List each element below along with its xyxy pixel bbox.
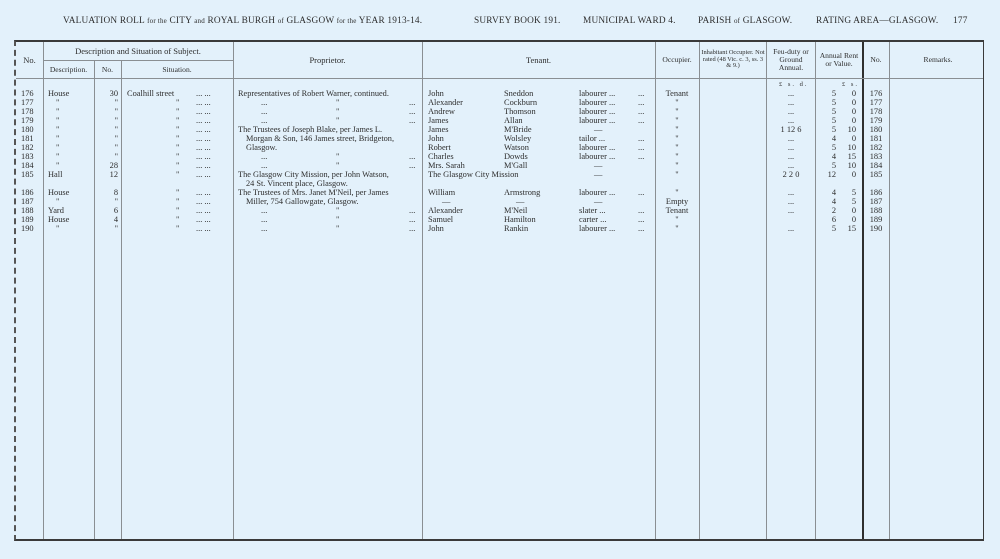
cell-number: 30 xyxy=(94,89,118,98)
cell-situation-dots: ... ... xyxy=(196,116,211,125)
cell-number: " xyxy=(94,134,118,143)
cell-situation-dots: ... ... xyxy=(196,143,211,152)
cell-rent-shillings: 0 xyxy=(838,98,856,107)
cell-situation: " xyxy=(176,188,179,197)
cell-situation-dots: ... ... xyxy=(196,170,211,179)
cell-occupier: Tenant xyxy=(655,89,699,98)
cell-proprietor-ditto-left: ... xyxy=(261,152,267,161)
cell-tenant-first: John xyxy=(428,89,444,98)
header-occupier: Occupier. xyxy=(655,42,699,78)
cell-situation: " xyxy=(176,116,179,125)
cell-rent-pounds: 5 xyxy=(816,107,836,116)
cell-occupier: Empty xyxy=(655,197,699,206)
cell-occupier: " xyxy=(655,170,699,179)
cell-tenant-dots: ... xyxy=(638,134,644,143)
table-row: 176 House 30 Coalhill street ... ... Joh… xyxy=(16,89,983,98)
cell-number: 28 xyxy=(94,161,118,170)
cell-description: " xyxy=(56,116,59,125)
cell-no: 190 xyxy=(21,224,34,233)
cell-situation-dots: ... ... xyxy=(196,107,211,116)
cell-tenant-occupation: carter ... xyxy=(579,215,606,224)
rent-units: £ s. xyxy=(842,81,859,88)
cell-occupier: " xyxy=(655,134,699,143)
cell-number: " xyxy=(94,152,118,161)
cell-description: " xyxy=(56,143,59,152)
cell-description: House xyxy=(48,215,69,224)
cell-situation: " xyxy=(176,125,179,134)
cell-number: " xyxy=(94,143,118,152)
table-row: 179 " " " ... ... ... " ... James Allan … xyxy=(16,116,983,125)
cell-proprietor-ditto-right: ... xyxy=(409,98,415,107)
cell-description: House xyxy=(48,188,69,197)
cell-tenant-first: Andrew xyxy=(428,107,455,116)
cell-situation: " xyxy=(176,107,179,116)
cell-no-right: 188 xyxy=(863,206,889,215)
cell-feu-duty: 1 12 6 xyxy=(767,125,815,134)
cell-tenant-dots: ... xyxy=(638,98,644,107)
parish: PARISH of GLASGOW. xyxy=(698,16,792,26)
cell-tenant-occupation: labourer ... xyxy=(579,89,615,98)
header-no: No. xyxy=(16,42,43,78)
cell-tenant-last: M'Neil xyxy=(504,206,527,215)
table-row: 180 " " " ... ... James M'Bride — " 1 12… xyxy=(16,125,983,134)
cell-occupier: " xyxy=(655,125,699,134)
cell-tenant-last: — xyxy=(516,197,524,206)
table-row: 181 " " " ... ... John Wolsley tailor ..… xyxy=(16,134,983,143)
cell-tenant-dots: ... xyxy=(638,143,644,152)
header-proprietor: Proprietor. xyxy=(233,42,422,78)
cell-rent-pounds: 5 xyxy=(816,161,836,170)
cell-number: " xyxy=(94,98,118,107)
table-row: 184 " 28 " ... ... ... " ... Mrs. Sarah … xyxy=(16,161,983,170)
cell-proprietor-ditto-left: ... xyxy=(261,224,267,233)
cell-feu-duty: ... xyxy=(767,134,815,143)
cell-tenant-first: The Glasgow City Mission xyxy=(428,170,519,179)
cell-proprietor-ditto: " xyxy=(336,116,339,125)
cell-tenant-last: Wolsley xyxy=(504,134,531,143)
cell-situation: " xyxy=(176,224,179,233)
cell-situation: " xyxy=(176,197,179,206)
cell-description: House xyxy=(48,89,69,98)
cell-rent-pounds: 6 xyxy=(816,215,836,224)
cell-proprietor-ditto-left: ... xyxy=(261,98,267,107)
cell-tenant-occupation: labourer ... xyxy=(579,98,615,107)
cell-occupier: " xyxy=(655,215,699,224)
table-row: 178 " " " ... ... ... " ... Andrew Thoms… xyxy=(16,107,983,116)
cell-number: 12 xyxy=(94,170,118,179)
cell-tenant-occupation: — xyxy=(594,161,602,170)
cell-situation: " xyxy=(176,98,179,107)
cell-number: 6 xyxy=(94,206,118,215)
title-part: and xyxy=(194,17,205,25)
cell-occupier: " xyxy=(655,224,699,233)
cell-tenant-dots: ... xyxy=(638,89,644,98)
cell-situation: " xyxy=(176,134,179,143)
title-part: YEAR 1913-14. xyxy=(359,16,423,26)
survey-book: SURVEY BOOK 191. xyxy=(474,16,561,26)
cell-feu-duty: ... xyxy=(767,89,815,98)
title-part: for the xyxy=(337,17,357,25)
cell-proprietor-ditto-right: ... xyxy=(409,107,415,116)
cell-no-right: 180 xyxy=(863,125,889,134)
cell-description: " xyxy=(56,197,59,206)
cell-tenant-occupation: — xyxy=(594,197,602,206)
cell-no: 180 xyxy=(21,125,34,134)
cell-situation: " xyxy=(176,161,179,170)
cell-situation-dots: ... ... xyxy=(196,161,211,170)
cell-situation: " xyxy=(176,215,179,224)
table-row: 186 House 8 " ... ... William Armstrong … xyxy=(16,188,983,197)
cell-tenant-occupation: labourer ... xyxy=(579,107,615,116)
header-tenant: Tenant. xyxy=(422,42,655,78)
cell-occupier: " xyxy=(655,161,699,170)
cell-rent-shillings: 0 xyxy=(838,206,856,215)
cell-rent-pounds: 4 xyxy=(816,188,836,197)
cell-no-right: 177 xyxy=(863,98,889,107)
cell-situation-dots: ... ... xyxy=(196,188,211,197)
cell-rent-pounds: 2 xyxy=(816,206,836,215)
cell-tenant-dots: ... xyxy=(638,116,644,125)
cell-no: 183 xyxy=(21,152,34,161)
cell-tenant-first: Samuel xyxy=(428,215,453,224)
header-description: Description. xyxy=(43,61,94,78)
cell-no-right: 184 xyxy=(863,161,889,170)
cell-situation: " xyxy=(176,206,179,215)
municipal-ward: MUNICIPAL WARD 4. xyxy=(583,16,676,26)
cell-occupier: " xyxy=(655,107,699,116)
cell-rent-pounds: 12 xyxy=(816,170,836,179)
cell-number: " xyxy=(94,107,118,116)
cell-rent-shillings: 10 xyxy=(838,125,856,134)
cell-situation: " xyxy=(176,170,179,179)
cell-tenant-last: Hamilton xyxy=(504,215,536,224)
cell-situation-dots: ... ... xyxy=(196,98,211,107)
cell-rent-shillings: 0 xyxy=(838,107,856,116)
title-part: of xyxy=(278,17,284,25)
cell-rent-shillings: 0 xyxy=(838,215,856,224)
cell-feu-duty: ... xyxy=(767,152,815,161)
title-part: CITY xyxy=(170,16,192,26)
cell-rent-shillings: 0 xyxy=(838,116,856,125)
cell-rent-shillings: 5 xyxy=(838,188,856,197)
cell-no-right: 179 xyxy=(863,116,889,125)
cell-no-right: 181 xyxy=(863,134,889,143)
cell-no: 186 xyxy=(21,188,34,197)
cell-rent-pounds: 4 xyxy=(816,197,836,206)
cell-feu-duty: ... xyxy=(767,206,815,215)
cell-proprietor-ditto: " xyxy=(336,98,339,107)
cell-number: 8 xyxy=(94,188,118,197)
cell-tenant-first: Alexander xyxy=(428,206,463,215)
cell-situation-dots: ... ... xyxy=(196,125,211,134)
cell-tenant-dots: ... xyxy=(638,215,644,224)
cell-rent-shillings: 10 xyxy=(838,161,856,170)
cell-proprietor-ditto: " xyxy=(336,152,339,161)
cell-tenant-first: Charles xyxy=(428,152,454,161)
cell-occupier: " xyxy=(655,116,699,125)
cell-rent-pounds: 5 xyxy=(816,89,836,98)
cell-description: " xyxy=(56,152,59,161)
cell-situation-dots: ... ... xyxy=(196,206,211,215)
cell-feu-duty: ... xyxy=(767,107,815,116)
cell-rent-shillings: 0 xyxy=(838,134,856,143)
cell-occupier: Tenant xyxy=(655,206,699,215)
cell-tenant-dots: ... xyxy=(638,107,644,116)
cell-tenant-last: Cockburn xyxy=(504,98,537,107)
cell-number: 4 xyxy=(94,215,118,224)
cell-no: 182 xyxy=(21,143,34,152)
cell-tenant-last: Armstrong xyxy=(504,188,540,197)
cell-no: 176 xyxy=(21,89,34,98)
cell-tenant-dots: ... xyxy=(638,206,644,215)
cell-proprietor-ditto-left: ... xyxy=(261,206,267,215)
cell-tenant-first: William xyxy=(428,188,455,197)
cell-tenant-first: James xyxy=(428,125,448,134)
table-row: 187 " " " ... ... — — — Empty ... 4 5 18… xyxy=(16,197,983,206)
cell-tenant-last: M'Gall xyxy=(504,161,527,170)
cell-occupier: " xyxy=(655,188,699,197)
table-row: 185 Hall 12 " ... ... The Glasgow City M… xyxy=(16,170,983,179)
cell-no-right: 187 xyxy=(863,197,889,206)
cell-tenant-occupation: labourer ... xyxy=(579,188,615,197)
cell-no-right: 190 xyxy=(863,224,889,233)
cell-rent-pounds: 5 xyxy=(816,125,836,134)
cell-proprietor-ditto-left: ... xyxy=(261,161,267,170)
cell-feu-duty: 2 2 0 xyxy=(767,170,815,179)
cell-no-right: 182 xyxy=(863,143,889,152)
cell-situation-dots: ... ... xyxy=(196,134,211,143)
cell-no: 185 xyxy=(21,170,34,179)
header-no-right: No. xyxy=(863,42,889,78)
cell-no-right: 176 xyxy=(863,89,889,98)
header-feu-duty: Feu-duty or Ground Annual. xyxy=(767,42,815,78)
cell-situation: " xyxy=(176,152,179,161)
cell-number: " xyxy=(94,224,118,233)
cell-description: " xyxy=(56,125,59,134)
parish-label: PARISH xyxy=(698,16,731,26)
header-annual-rent: Annual Rent or Value. xyxy=(816,42,862,78)
cell-proprietor-ditto-right: ... xyxy=(409,152,415,161)
table-row: 183 " " " ... ... ... " ... Charles Dowd… xyxy=(16,152,983,161)
cell-proprietor-ditto-left: ... xyxy=(261,215,267,224)
roll-title: VALUATION ROLL for the CITY and ROYAL BU… xyxy=(63,16,422,26)
cell-tenant-last: Watson xyxy=(504,143,529,152)
cell-no: 178 xyxy=(21,107,34,116)
page-number: 177 xyxy=(953,16,968,26)
cell-situation-dots: ... ... xyxy=(196,152,211,161)
cell-proprietor-ditto-right: ... xyxy=(409,161,415,170)
cell-feu-duty: ... xyxy=(767,98,815,107)
cell-no-right: 185 xyxy=(863,170,889,179)
cell-tenant-dots: ... xyxy=(638,188,644,197)
cell-proprietor-ditto: " xyxy=(336,206,339,215)
cell-feu-duty: ... xyxy=(767,116,815,125)
cell-feu-duty: ... xyxy=(767,143,815,152)
cell-proprietor-ditto: " xyxy=(336,215,339,224)
header-situation: Situation. xyxy=(121,61,233,78)
cell-tenant-first: John xyxy=(428,134,444,143)
cell-situation-dots: ... ... xyxy=(196,224,211,233)
valuation-table: No. Description and Situation of Subject… xyxy=(14,40,984,541)
cell-description: Yard xyxy=(48,206,64,215)
cell-proprietor-ditto: " xyxy=(336,224,339,233)
cell-description: " xyxy=(56,98,59,107)
header-inhabitant-occupier: Inhabitant Occupier. Not rated (48 Vic. … xyxy=(700,42,766,78)
parish-name: GLASGOW. xyxy=(743,16,793,26)
cell-proprietor-ditto: " xyxy=(336,161,339,170)
cell-rent-shillings: 0 xyxy=(838,89,856,98)
cell-tenant-occupation: — xyxy=(594,125,602,134)
cell-tenant-first: James xyxy=(428,116,448,125)
cell-no: 188 xyxy=(21,206,34,215)
cell-description: " xyxy=(56,161,59,170)
cell-tenant-last: M'Bride xyxy=(504,125,532,134)
cell-number: " xyxy=(94,125,118,134)
cell-no: 184 xyxy=(21,161,34,170)
cell-feu-duty: ... xyxy=(767,161,815,170)
cell-situation: " xyxy=(176,143,179,152)
title-part: ROYAL BURGH xyxy=(207,16,275,26)
cell-tenant-dots: ... xyxy=(638,152,644,161)
cell-situation-dots: ... ... xyxy=(196,197,211,206)
page-header: VALUATION ROLL for the CITY and ROYAL BU… xyxy=(0,16,1000,30)
cell-description: " xyxy=(56,107,59,116)
cell-number: " xyxy=(94,116,118,125)
cell-proprietor-ditto-right: ... xyxy=(409,215,415,224)
cell-tenant-first: John xyxy=(428,224,444,233)
cell-tenant-occupation: slater ... xyxy=(579,206,606,215)
feu-units: £ s. d. xyxy=(779,81,809,88)
header-sub-no: No. xyxy=(94,61,121,78)
cell-rent-pounds: 4 xyxy=(816,134,836,143)
cell-tenant-occupation: labourer ... xyxy=(579,116,615,125)
cell-tenant-occupation: — xyxy=(594,170,602,179)
cell-rent-shillings: 15 xyxy=(838,224,856,233)
cell-rent-shillings: 15 xyxy=(838,152,856,161)
cell-rent-pounds: 5 xyxy=(816,116,836,125)
cell-rent-pounds: 5 xyxy=(816,98,836,107)
cell-occupier: " xyxy=(655,98,699,107)
cell-tenant-last: Sneddon xyxy=(504,89,533,98)
rating-area: RATING AREA—GLASGOW. xyxy=(816,16,938,26)
table-row: 182 " " " ... ... Robert Watson labourer… xyxy=(16,143,983,152)
cell-proprietor-ditto-right: ... xyxy=(409,116,415,125)
cell-description: " xyxy=(56,134,59,143)
cell-proprietor-ditto-left: ... xyxy=(261,107,267,116)
cell-tenant-occupation: labourer ... xyxy=(579,143,615,152)
cell-number: " xyxy=(94,197,118,206)
cell-no: 187 xyxy=(21,197,34,206)
cell-tenant-first: Mrs. Sarah xyxy=(428,161,465,170)
cell-no-right: 186 xyxy=(863,188,889,197)
cell-no: 181 xyxy=(21,134,34,143)
cell-tenant-occupation: tailor ... xyxy=(579,134,605,143)
cell-no: 177 xyxy=(21,98,34,107)
table-row: 190 " " " ... ... ... " ... John Rankin … xyxy=(16,224,983,233)
cell-tenant-last: Allan xyxy=(504,116,523,125)
cell-tenant-first: Alexander xyxy=(428,98,463,107)
cell-rent-pounds: 5 xyxy=(816,143,836,152)
cell-description: " xyxy=(56,224,59,233)
table-row: 189 House 4 " ... ... ... " ... Samuel H… xyxy=(16,215,983,224)
cell-tenant-last: Dowds xyxy=(504,152,528,161)
cell-occupier: " xyxy=(655,143,699,152)
table-row: 177 " " " ... ... ... " ... Alexander Co… xyxy=(16,98,983,107)
cell-situation-dots: ... ... xyxy=(196,215,211,224)
cell-proprietor-ditto-right: ... xyxy=(409,224,415,233)
cell-no-right: 189 xyxy=(863,215,889,224)
cell-occupier: " xyxy=(655,152,699,161)
cell-tenant-dots: ... xyxy=(638,224,644,233)
cell-tenant-first: — xyxy=(442,197,450,206)
cell-no-right: 178 xyxy=(863,107,889,116)
cell-rent-shillings: 10 xyxy=(838,143,856,152)
cell-rent-shillings: 5 xyxy=(838,197,856,206)
title-part: GLASGOW xyxy=(286,16,334,26)
cell-feu-duty: ... xyxy=(767,188,815,197)
proprietor-mission-line2: 24 St. Vincent place, Glasgow. xyxy=(246,179,348,188)
cell-no: 189 xyxy=(21,215,34,224)
cell-tenant-last: Thomson xyxy=(504,107,536,116)
cell-proprietor-ditto: " xyxy=(336,107,339,116)
cell-tenant-first: Robert xyxy=(428,143,451,152)
cell-tenant-last: Rankin xyxy=(504,224,528,233)
cell-tenant-occupation: labourer ... xyxy=(579,224,615,233)
title-part: for the xyxy=(147,17,167,25)
cell-feu-duty: ... xyxy=(767,224,815,233)
cell-description: Hall xyxy=(48,170,62,179)
table-row: 188 Yard 6 " ... ... ... " ... Alexander… xyxy=(16,206,983,215)
cell-situation: Coalhill street xyxy=(127,89,174,98)
parish-of: of xyxy=(734,17,740,25)
header-rule xyxy=(16,78,983,79)
cell-rent-shillings: 0 xyxy=(838,170,856,179)
cell-situation-dots: ... ... xyxy=(196,89,211,98)
cell-no: 179 xyxy=(21,116,34,125)
cell-tenant-occupation: labourer ... xyxy=(579,152,615,161)
header-remarks: Remarks. xyxy=(890,42,986,78)
header-description-group: Description and Situation of Subject. xyxy=(43,42,233,60)
cell-feu-duty: ... xyxy=(767,197,815,206)
cell-rent-pounds: 4 xyxy=(816,152,836,161)
title-part: VALUATION ROLL xyxy=(63,16,145,26)
cell-proprietor-ditto-right: ... xyxy=(409,206,415,215)
cell-proprietor-ditto-left: ... xyxy=(261,116,267,125)
cell-no-right: 183 xyxy=(863,152,889,161)
cell-rent-pounds: 5 xyxy=(816,224,836,233)
